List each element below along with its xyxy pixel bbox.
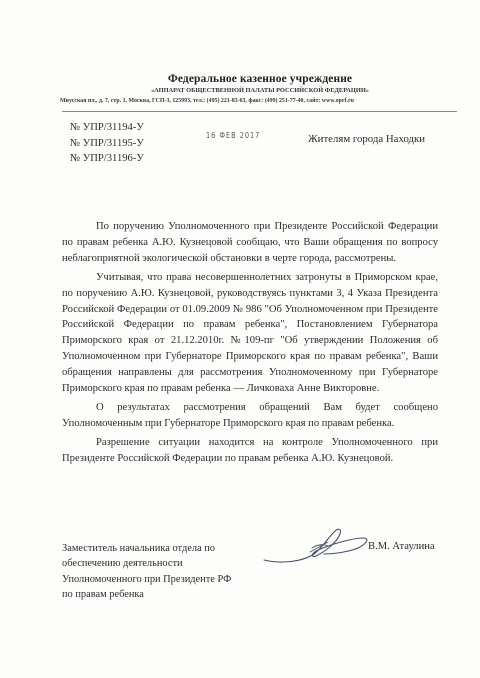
position-line: по правам ребенка [62, 587, 231, 602]
registration-numbers: № УПР/31194-У № УПР/31195-У № УПР/31196-… [70, 120, 144, 167]
signature-icon [262, 524, 372, 572]
letterhead-org-name: «АППАРАТ ОБЩЕСТВЕННОЙ ПАЛАТЫ РОССИЙСКОЙ … [60, 86, 460, 95]
position-line: Заместитель начальника отдела по [62, 541, 231, 556]
letterhead-divider [62, 111, 457, 112]
letterhead-address: Миусская пл., д. 7, стр. 1, Москва, ГСП-… [60, 97, 470, 105]
signatory-name: В.М. Атаулина [368, 541, 435, 552]
paragraph: О результатах рассмотрения обращений Вам… [62, 400, 438, 432]
letterhead-org-type: Федеральное казенное учреждение [60, 72, 460, 86]
paragraph: По поручению Уполномоченного при Президе… [62, 219, 438, 267]
paragraph: Разрешение ситуации находится на контрол… [62, 435, 438, 467]
position-line: обеспечению деятельности [62, 556, 231, 571]
paragraph: Учитывая, что права несовершеннолетних з… [62, 270, 438, 397]
letter-body: По поручению Уполномоченного при Президе… [62, 219, 438, 470]
registration-number: № УПР/31194-У [70, 120, 144, 136]
letterhead: Федеральное казенное учреждение «АППАРАТ… [60, 72, 460, 95]
addressee: Жителям города Находки [308, 133, 425, 145]
registration-number: № УПР/31196-У [70, 151, 144, 167]
position-line: Уполномоченного при Президенте РФ [62, 572, 231, 587]
signatory-position: Заместитель начальника отдела по обеспеч… [62, 541, 231, 602]
date-stamp: 16 ФЕВ 2017 [206, 131, 260, 140]
registration-number: № УПР/31195-У [70, 136, 144, 152]
